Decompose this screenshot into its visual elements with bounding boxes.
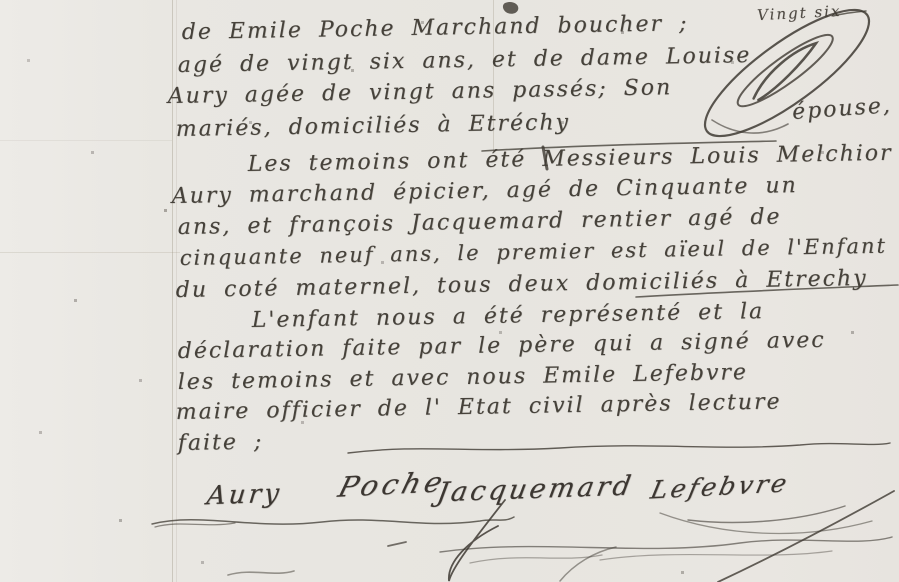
signature-poche: Poche [335, 465, 450, 503]
signature-lefebvre: Lefebvre [648, 468, 792, 504]
closing-filler-line [348, 443, 890, 453]
signature-underline-left-echo [155, 523, 235, 527]
signature-small-dash [388, 542, 406, 546]
signature-jacquemard: Jacquemard [435, 471, 636, 509]
handwritten-line: de Emile Poche Marchand boucher ; [182, 11, 689, 45]
handwritten-line: mariés, domiciliés à Etréchy [176, 110, 571, 142]
paraph-flourish [689, 0, 884, 155]
scanned-civil-record-page: Vingt six de Emile Poche Marchand bouche… [0, 0, 899, 582]
handwritten-line: déclaration faite par le père qui a sign… [178, 328, 826, 364]
lefebvre-flourish-2 [660, 513, 872, 533]
paraph-tail [712, 120, 788, 133]
handwritten-line: L'enfant nous a été représenté et la [252, 299, 765, 333]
jacquemard-descender-loop [449, 500, 505, 581]
handwritten-line: cinquante neuf ans, le premier est aïeul… [180, 234, 888, 270]
handwritten-line: maire officier de l' Etat civil après le… [176, 389, 782, 425]
handwritten-line: les temoins et avec nous Emile Lefebvre [178, 360, 749, 395]
lefebvre-flourish-1 [688, 506, 845, 522]
handwritten-line: agé de vingt six ans, et de dame Louise [178, 43, 752, 78]
horizontal-crease-faint [0, 140, 172, 141]
signature-underline-right [440, 537, 892, 552]
horizontal-crease [0, 252, 180, 253]
signature-aury: Aury [205, 479, 283, 512]
signature-underline-right-echo [600, 551, 832, 560]
bottom-cutoff-stroke-2 [470, 555, 602, 563]
ink-blot [503, 2, 518, 14]
signature-underline-left [152, 517, 514, 524]
diagonal-flourish-stroke [718, 491, 894, 582]
handwritten-line: ans, et françois Jacquemard rentier agé … [178, 204, 782, 240]
handwritten-line: faite ; [178, 430, 264, 456]
handwritten-line: Les temoins ont été Messieurs Louis Melc… [248, 141, 893, 177]
handwritten-line: Aury marchand épicier, agé de Cinquante … [172, 173, 798, 209]
marginal-number-note: Vingt six [757, 2, 842, 24]
paper-speckles [0, 0, 1, 1]
handwritten-word-epouse: épouse, [791, 93, 892, 125]
handwritten-line: Aury agée de vingt ans passés; Son [168, 75, 673, 109]
handwritten-line: du coté maternel, tous deux domiciliés à… [176, 266, 868, 303]
bottom-cutoff-stroke-1 [228, 571, 294, 575]
bottom-cutoff-stroke-3 [560, 547, 616, 581]
